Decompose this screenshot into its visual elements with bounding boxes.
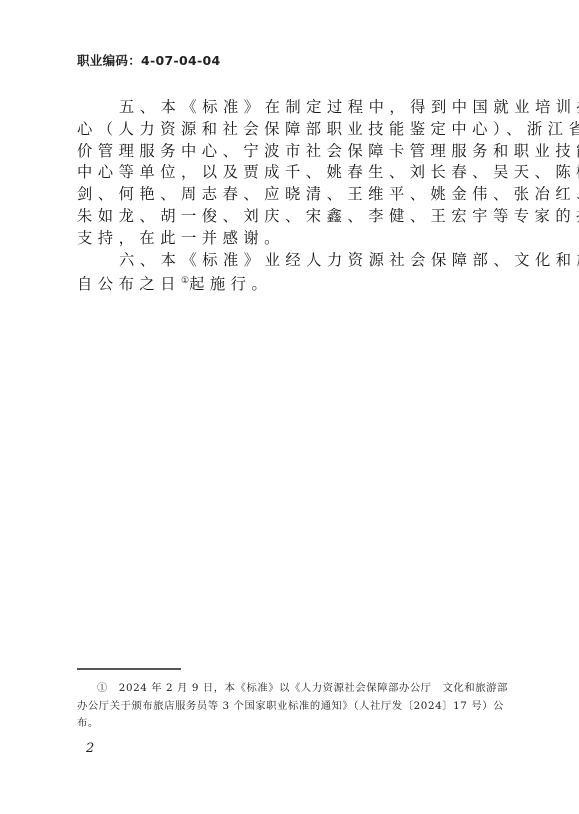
- text-line: 自公布之日①起施行。: [77, 271, 497, 296]
- paragraph-approval: 六、本《标准》业经人力资源社会保障部、文化和旅游部批准， 自公布之日①起施行。: [77, 250, 497, 297]
- text-line: 五、本《标准》在制定过程中，得到中国就业培训技术指导中: [77, 97, 497, 119]
- footnote-line: 办公厅关于颁布旅店服务员等 3 个国家职业标准的通知》（人社厅发〔2024〕17…: [77, 698, 502, 716]
- text-line: 支持，在此一并感谢。: [77, 228, 497, 250]
- footnote: ① 2024 年 2 月 9 日，本《标准》以《人力资源社会保障部办公厅 文化和…: [77, 680, 502, 733]
- paragraph-acknowledgement: 五、本《标准》在制定过程中，得到中国就业培训技术指导中 心（人力资源和社会保障部…: [77, 97, 497, 250]
- text-line: 六、本《标准》业经人力资源社会保障部、文化和旅游部批准，: [77, 250, 497, 272]
- text-line: 中心等单位，以及贾成千、姚春生、刘长春、吴天、陈彬斌、周灵: [77, 162, 497, 184]
- footnote-reference[interactable]: ①: [181, 276, 189, 286]
- text-line: 心（人力资源和社会保障部职业技能鉴定中心）、浙江省技能人才评: [77, 119, 497, 141]
- footnote-divider: [77, 668, 181, 670]
- document-body: 五、本《标准》在制定过程中，得到中国就业培训技术指导中 心（人力资源和社会保障部…: [77, 97, 497, 296]
- occupation-code: 职业编码：4-07-04-04: [77, 51, 220, 69]
- footnote-line: 布。: [77, 715, 502, 733]
- text-segment: 自公布之日: [77, 275, 181, 293]
- footnote-line: ① 2024 年 2 月 9 日，本《标准》以《人力资源社会保障部办公厅 文化和…: [77, 680, 502, 698]
- text-line: 朱如龙、胡一俊、刘庆、宋鑫、李健、王宏宇等专家的指导和大力: [77, 206, 497, 228]
- page-number: 2: [86, 741, 94, 756]
- text-line: 价管理服务中心、宁波市社会保障卡管理服务和职业技能鉴定指导: [77, 141, 497, 163]
- text-segment: 起施行。: [189, 275, 272, 293]
- text-line: 剑、何艳、周志春、应晓清、王维平、姚金伟、张冶红、范国良、: [77, 184, 497, 206]
